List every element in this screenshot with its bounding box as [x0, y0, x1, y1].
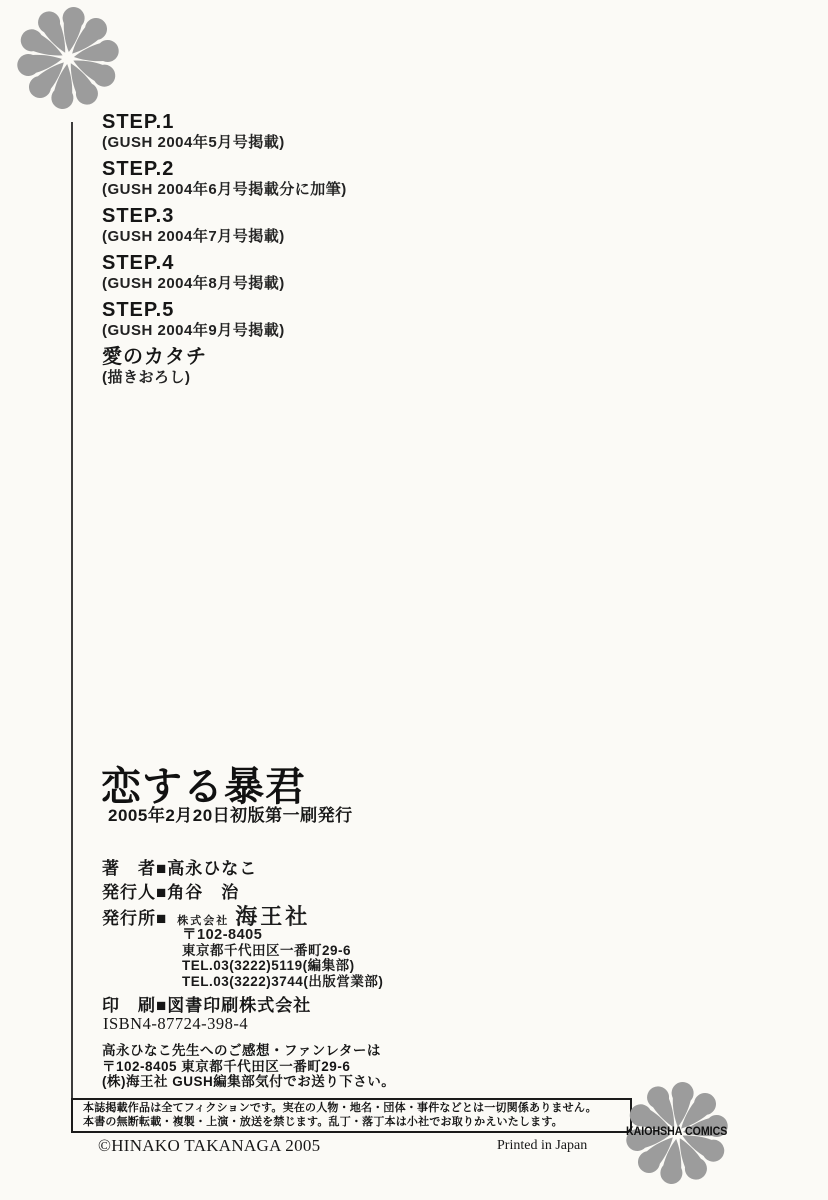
- edition-date: 2005年2月20日初版第一刷発行: [108, 801, 353, 826]
- disclaimer-line: 本誌掲載作品は全てフィクションです。実在の人物・地名・団体・事件などとは一切関係…: [83, 1102, 630, 1116]
- flower-petals: [16, 6, 121, 111]
- author-line: 著 者■高永ひなこ: [102, 854, 257, 879]
- chapter-note: (GUSH 2004年8月号掲載): [102, 275, 347, 292]
- list-item: STEP.3 (GUSH 2004年7月号掲載): [102, 205, 347, 245]
- fanletter-block: 高永ひなこ先生へのご感想・ファンレターは 〒102-8405 東京都千代田区一番…: [102, 1043, 395, 1090]
- publisher-label: 発行所■: [102, 904, 167, 929]
- kaiohsha-comics-logo-text: KAIOHSHA COMICS: [626, 1126, 727, 1138]
- isbn: ISBN4-87724-398-4: [103, 1014, 248, 1034]
- chapter-note: (GUSH 2004年7月号掲載): [102, 228, 347, 245]
- list-item: STEP.1 (GUSH 2004年5月号掲載): [102, 111, 347, 151]
- chapter-title: STEP.1: [102, 111, 347, 133]
- tel-sales: TEL.03(3222)3744(出版営業部): [182, 970, 383, 990]
- chapter-title: STEP.2: [102, 158, 347, 180]
- printer-line: 印 刷■図書印刷株式会社: [102, 991, 311, 1016]
- printed-in-japan: Printed in Japan: [497, 1138, 587, 1154]
- fanletter-line: (株)海王社 GUSH編集部気付でお送り下さい。: [102, 1074, 395, 1090]
- copyright-notice: ©HINAKO TAKANAGA 2005: [98, 1136, 320, 1156]
- chapter-list: STEP.1 (GUSH 2004年5月号掲載) STEP.2 (GUSH 20…: [102, 111, 347, 393]
- chapter-note: (描きおろし): [102, 369, 347, 386]
- disclaimer-line: 本書の無断転載・複製・上演・放送を禁じます。乱丁・落丁本は小社でお取りかえいたし…: [83, 1116, 630, 1130]
- chapter-title: STEP.4: [102, 252, 347, 274]
- page-edge-line: [71, 122, 73, 1098]
- list-item: STEP.2 (GUSH 2004年6月号掲載分に加筆): [102, 158, 347, 198]
- chapter-title: STEP.3: [102, 205, 347, 227]
- fanletter-line: 高永ひなこ先生へのご感想・ファンレターは: [102, 1043, 395, 1059]
- disclaimer-box: 本誌掲載作品は全てフィクションです。実在の人物・地名・団体・事件などとは一切関係…: [71, 1098, 632, 1133]
- chapter-title: STEP.5: [102, 299, 347, 321]
- chapter-note: (GUSH 2004年6月号掲載分に加筆): [102, 181, 347, 198]
- chapter-note: (GUSH 2004年5月号掲載): [102, 134, 347, 151]
- fanletter-line: 〒102-8405 東京都千代田区一番町29-6: [102, 1059, 395, 1075]
- flower-icon: [8, 0, 128, 118]
- list-item: STEP.4 (GUSH 2004年8月号掲載): [102, 252, 347, 292]
- chapter-title: 愛のカタチ: [102, 346, 347, 368]
- list-item: 愛のカタチ (描きおろし): [102, 346, 347, 386]
- list-item: STEP.5 (GUSH 2004年9月号掲載): [102, 299, 347, 339]
- chapter-note: (GUSH 2004年9月号掲載): [102, 322, 347, 339]
- flower-ornament-top: [8, 0, 128, 123]
